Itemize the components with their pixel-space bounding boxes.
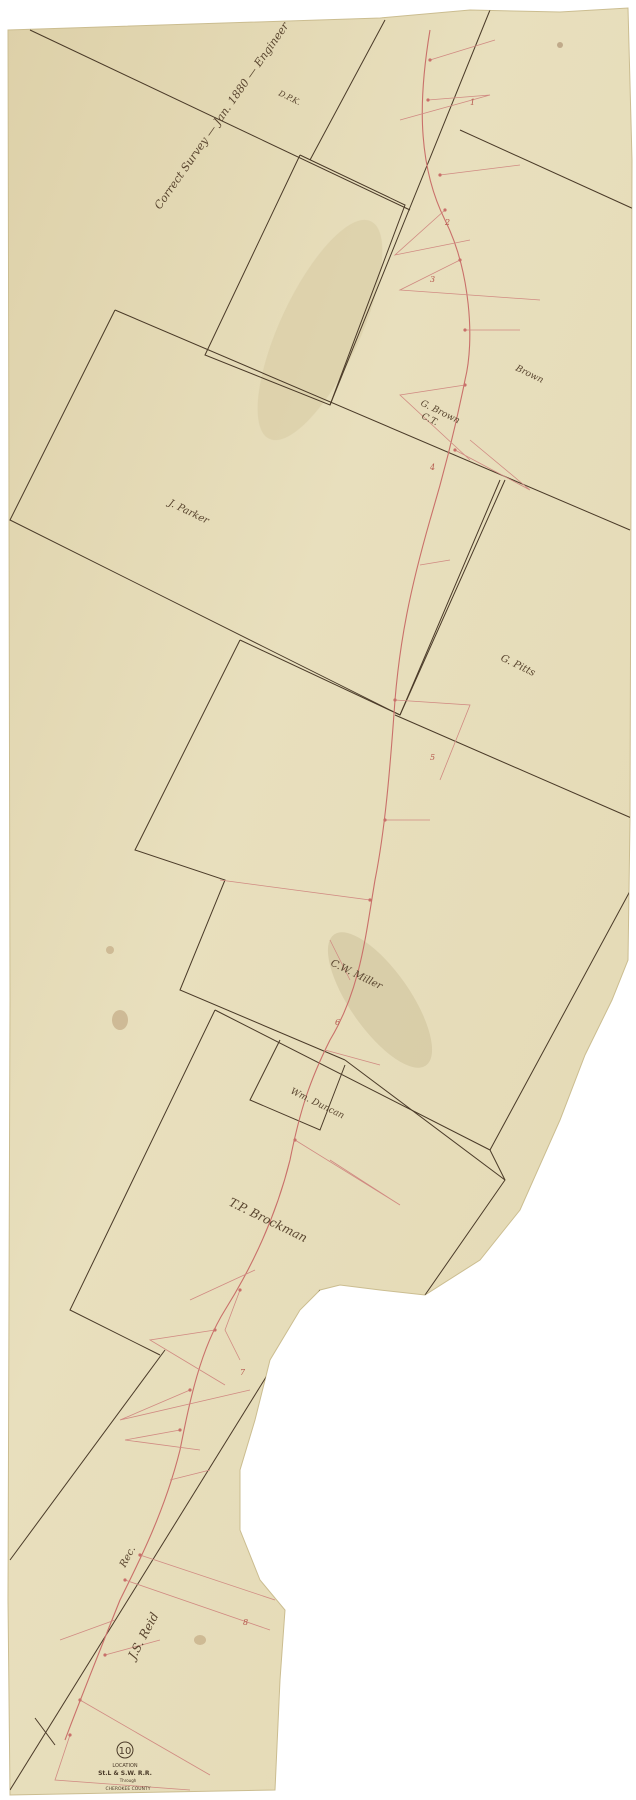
svg-text:3: 3: [430, 275, 435, 284]
title-line-3: Through: [119, 1778, 137, 1783]
svg-text:8: 8: [243, 1618, 248, 1627]
svg-text:1: 1: [470, 98, 475, 107]
svg-text:6: 6: [335, 1018, 340, 1027]
svg-text:4: 4: [429, 463, 435, 472]
svg-text:5: 5: [430, 753, 435, 762]
title-line-1: LOCATION: [112, 1763, 138, 1769]
title-line-2: St.L & S.W. R.R.: [98, 1770, 152, 1777]
svg-text:2: 2: [444, 218, 450, 227]
sheet-number: 10: [119, 1746, 132, 1757]
survey-map: 1 2 3 4 5 6 7 8 J. Parker C.T. G. Pitts …: [0, 0, 636, 1800]
title-line-4: CHEROKEE COUNTY: [106, 1786, 151, 1792]
